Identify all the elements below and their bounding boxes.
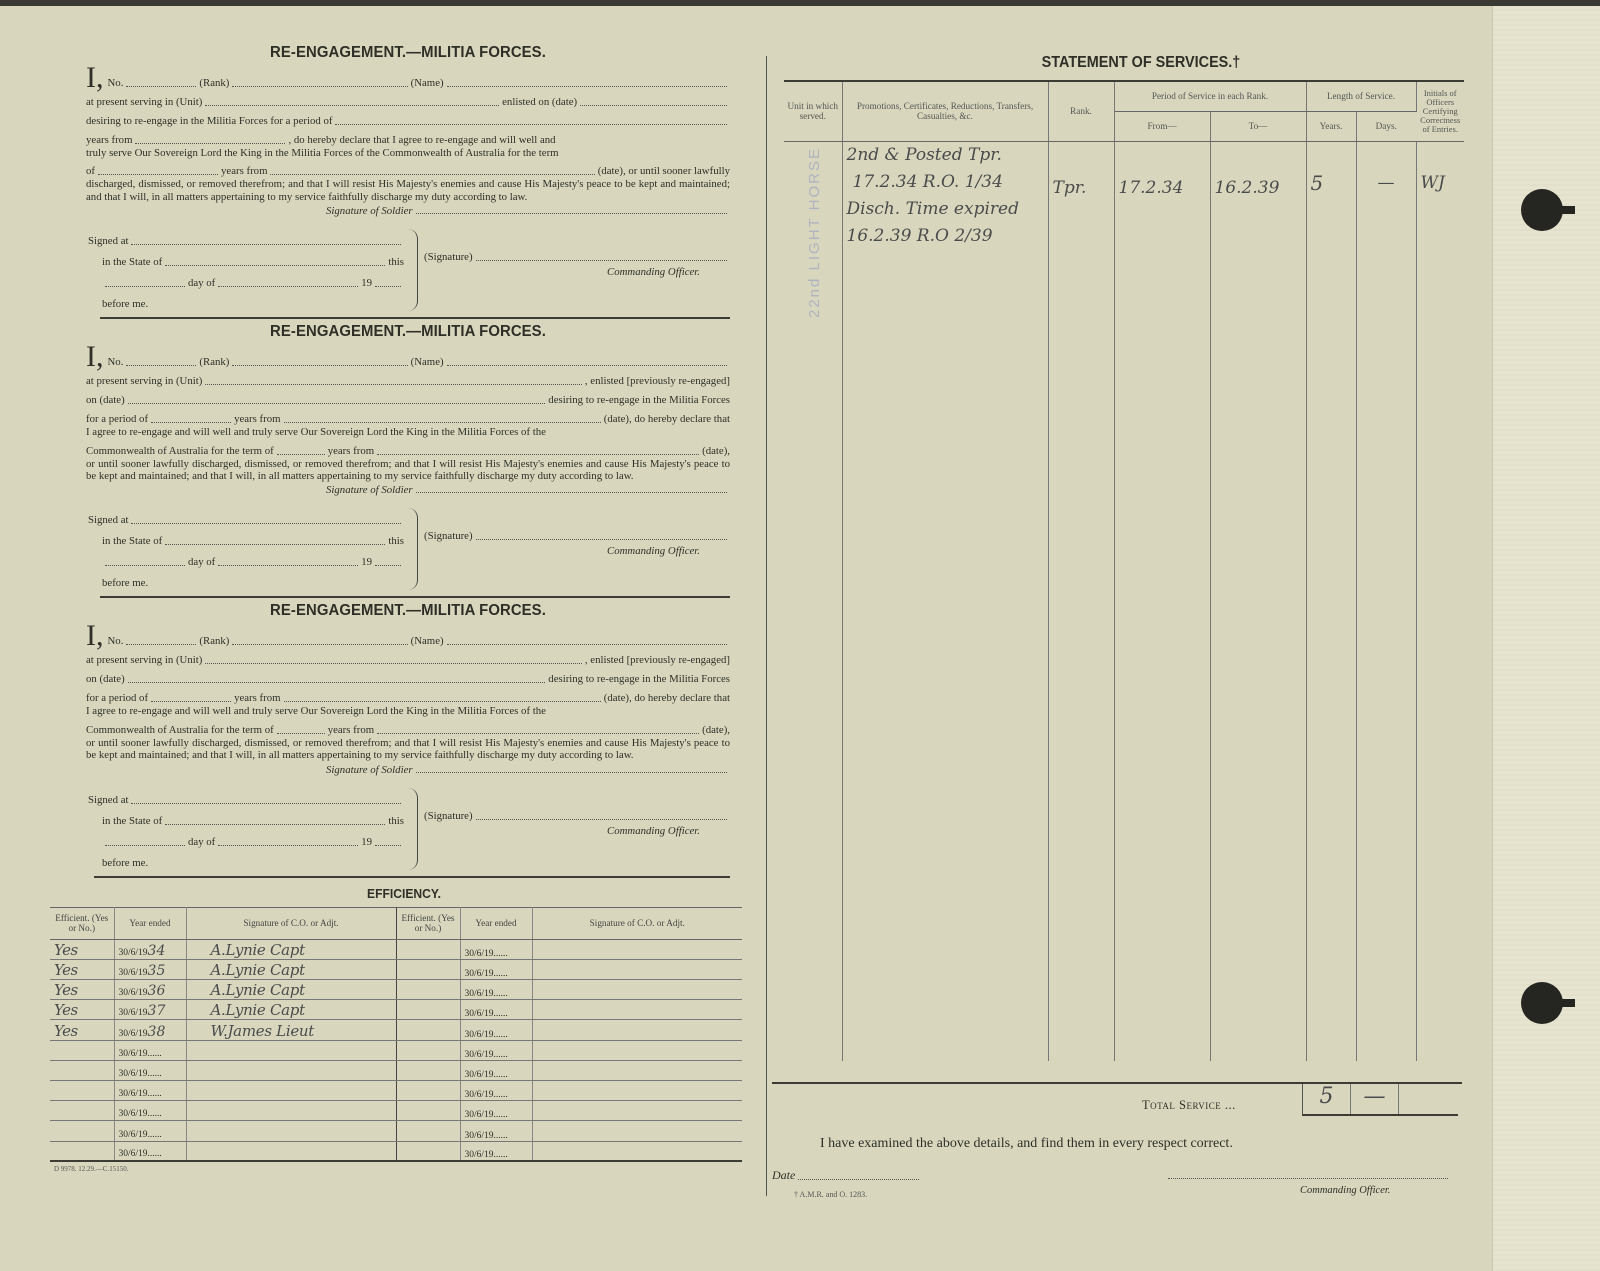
year-print: 30/6/19...... (119, 1109, 162, 1119)
day-field[interactable] (105, 845, 185, 846)
statement-title: STATEMENT OF SERVICES.† (833, 54, 1449, 72)
signature-cell-2[interactable] (532, 1101, 742, 1121)
services-table: Unit in which served. Promotions, Certif… (784, 80, 1464, 1061)
efficiency-row: 30/6/19......30/6/19...... (50, 1101, 742, 1121)
commanding-officer-label: Commanding Officer. (424, 825, 730, 837)
name-field[interactable] (447, 644, 727, 645)
col-from: From— (1114, 111, 1210, 141)
years-from-label: years from (221, 165, 267, 178)
year-ended-cell: 30/6/19...... (114, 1141, 186, 1161)
total-service-box: 5 — (1302, 1084, 1458, 1116)
day-of-label: day of (188, 836, 215, 849)
no-field[interactable] (126, 644, 196, 645)
signature-cell[interactable] (186, 1080, 396, 1100)
section-divider (100, 596, 730, 598)
year-prefix: 19 (361, 556, 372, 569)
efficient-cell-2[interactable] (396, 959, 460, 979)
col-promotions: Promotions, Certificates, Reductions, Tr… (842, 81, 1048, 141)
signature-cell[interactable] (186, 1060, 396, 1080)
year-prefix: 19 (361, 836, 372, 849)
left-column: RE-ENGAGEMENT.—MILITIA FORCES. I, No. (R… (48, 40, 760, 1173)
col-rank: Rank. (1048, 81, 1114, 141)
desiring-label: desiring to re-engage in the Militia For… (548, 394, 730, 407)
signature-cell[interactable]: A.Lynie Capt (186, 959, 396, 979)
efficiency-row: 30/6/19......30/6/19...... (50, 1141, 742, 1161)
declaration-text: truly serve Our Sovereign Lord the King … (86, 147, 730, 159)
term-field[interactable] (277, 733, 325, 734)
years-from-label: years from (328, 445, 374, 458)
efficiency-row: 30/6/19......30/6/19...... (50, 1040, 742, 1060)
month-field[interactable] (218, 845, 358, 846)
declare-text: (date), do hereby declare that (604, 413, 730, 426)
day-of-label: day of (188, 277, 215, 290)
col-unit: Unit in which served. (784, 81, 842, 141)
signed-at-label: Signed at (88, 794, 128, 807)
punch-hole (1521, 189, 1563, 231)
soldier-signature-label: Signature of Soldier (326, 764, 413, 776)
on-date-label: on (date) (86, 673, 125, 686)
signature-cell-2[interactable] (532, 1121, 742, 1141)
efficiency-row: Yes30/6/1937A.Lynie Capt30/6/19...... (50, 1000, 742, 1020)
no-field[interactable] (126, 365, 196, 366)
year-handwritten: 36 (148, 983, 166, 999)
examined-statement: I have examined the above details, and f… (820, 1136, 1233, 1152)
signature-cell[interactable] (186, 1101, 396, 1121)
name-label: (Name) (411, 77, 444, 90)
efficient-cell-2[interactable] (396, 1020, 460, 1040)
day-of-label: day of (188, 556, 215, 569)
rank-field[interactable] (232, 365, 407, 366)
binder-flap (1492, 6, 1600, 1271)
rank-label: (Rank) (199, 356, 229, 369)
month-field[interactable] (218, 565, 358, 566)
signed-at-field[interactable] (131, 803, 401, 804)
commanding-officer-label: Commanding Officer. (424, 545, 730, 557)
soldier-signature-field[interactable] (416, 772, 727, 773)
declaration-text: I agree to re-engage and will well and t… (86, 426, 730, 438)
efficiency-row: 30/6/19......30/6/19...... (50, 1080, 742, 1100)
efficient-cell-2[interactable] (396, 1121, 460, 1141)
efficiency-table: Efficient. (Yes or No.) Year ended Signa… (50, 907, 742, 1163)
signed-at-label: Signed at (88, 235, 128, 248)
year-field[interactable] (375, 845, 401, 846)
year-ended-cell-2: 30/6/19...... (460, 1141, 532, 1161)
rank-cell: Tpr. (1048, 141, 1114, 1061)
years-from-field[interactable] (135, 143, 285, 144)
section-divider (94, 876, 730, 878)
efficient-cell-2[interactable] (396, 1000, 460, 1020)
name-field[interactable] (447, 365, 727, 366)
punch-hole (1521, 982, 1563, 1024)
year-ended-cell: 30/6/19...... (114, 1080, 186, 1100)
co-signature-field[interactable] (476, 819, 727, 820)
efficient-cell-2[interactable] (396, 1141, 460, 1161)
year-print: 30/6/19...... (119, 1049, 162, 1059)
term-field[interactable] (277, 454, 325, 455)
efficient-cell[interactable] (50, 1060, 114, 1080)
rank-field[interactable] (232, 644, 407, 645)
unit-field[interactable] (205, 105, 499, 106)
efficient-cell-2[interactable] (396, 1060, 460, 1080)
form-i: I, (86, 624, 104, 648)
unit-field[interactable] (205, 663, 582, 664)
years-cell: 5 (1306, 141, 1356, 1061)
declare-text: (date), do hereby declare that (604, 692, 730, 705)
total-service: Total Service ... 5 — (772, 1082, 1462, 1122)
promotion-line: 2nd & Posted Tpr. (847, 142, 1044, 169)
year-ended-cell: 30/6/19...... (114, 1101, 186, 1121)
year-ended-cell-2: 30/6/19...... (460, 1000, 532, 1020)
brace (404, 508, 418, 590)
form-i: I, (86, 345, 104, 369)
signature-cell-2[interactable] (532, 959, 742, 979)
efficient-cell[interactable]: Yes (50, 959, 114, 979)
co-signature-field[interactable] (476, 539, 727, 540)
signature-cell-2[interactable] (532, 1020, 742, 1040)
efficient-cell[interactable] (50, 1080, 114, 1100)
signature-cell[interactable]: A.Lynie Capt (186, 939, 396, 959)
form-i: I, (86, 66, 104, 90)
efficient-cell-2[interactable] (396, 939, 460, 959)
year-ended-cell-2: 30/6/19...... (460, 959, 532, 979)
promotions-cell: 2nd & Posted Tpr. 17.2.34 R.O. 1/34 Disc… (842, 141, 1048, 1061)
rank-label: (Rank) (199, 77, 229, 90)
name-label: (Name) (411, 635, 444, 648)
year-ended-cell: 30/6/19...... (114, 1040, 186, 1060)
year-print: 30/6/19...... (119, 1069, 162, 1079)
term-date-field[interactable] (270, 174, 594, 175)
days-cell: — (1356, 141, 1416, 1061)
efficient-cell-2[interactable] (396, 980, 460, 1000)
efficient-cell-2[interactable] (396, 1101, 460, 1121)
term-date-field[interactable] (377, 733, 699, 734)
year-handwritten: 35 (148, 963, 166, 979)
efficient-cell[interactable] (50, 1101, 114, 1121)
efficient-cell-2[interactable] (396, 1080, 460, 1100)
state-label: in the State of (102, 535, 162, 548)
year-ended-cell: 30/6/1937 (114, 1000, 186, 1020)
co-signature-field[interactable] (476, 260, 727, 261)
rank-label: (Rank) (199, 635, 229, 648)
signature-cell-2[interactable] (532, 939, 742, 959)
efficient-cell[interactable] (50, 1121, 114, 1141)
reengagement-form-3: RE-ENGAGEMENT.—MILITIA FORCES. I, No. (R… (48, 602, 760, 877)
soldier-signature-label: Signature of Soldier (326, 484, 413, 496)
state-label: in the State of (102, 256, 162, 269)
col-to: To— (1210, 111, 1306, 141)
signature-cell-2[interactable] (532, 1080, 742, 1100)
from-cell: 17.2.34 (1114, 141, 1210, 1061)
year-field[interactable] (375, 565, 401, 566)
this-label: this (388, 535, 404, 548)
year-handwritten: 34 (148, 943, 166, 959)
efficient-cell-2[interactable] (396, 1040, 460, 1060)
oath-text: discharged, dismissed, or removed theref… (86, 178, 730, 203)
on-date-label: on (date) (86, 394, 125, 407)
efficient-cell[interactable]: Yes (50, 939, 114, 959)
year-ended-cell: 30/6/19...... (114, 1060, 186, 1080)
no-label: No. (108, 77, 124, 90)
year-ended-cell: 30/6/19...... (114, 1121, 186, 1141)
signed-at-label: Signed at (88, 514, 128, 527)
commanding-officer-label: Commanding Officer. (1300, 1185, 1390, 1196)
year-print: 30/6/19 (119, 948, 148, 958)
year-ended-cell-2: 30/6/19...... (460, 1060, 532, 1080)
print-code: D 9978. 12.29.—C.15150. (54, 1165, 760, 1173)
col-days: Days. (1356, 111, 1416, 141)
efficient-cell[interactable] (50, 1141, 114, 1161)
reengagement-form-1: RE-ENGAGEMENT.—MILITIA FORCES. I, No. (R… (48, 44, 760, 319)
year-print: 30/6/19 (119, 1029, 148, 1039)
this-label: this (388, 256, 404, 269)
before-me-label: before me. (102, 298, 148, 311)
state-label: in the State of (102, 815, 162, 828)
declare-text: , do hereby declare that I agree to re-e… (288, 134, 555, 147)
col-length: Length of Service. (1306, 81, 1416, 111)
promotion-line: 17.2.34 R.O. 1/34 (847, 169, 1044, 196)
desiring-label: desiring to re-engage in the Militia For… (86, 115, 332, 128)
col-initials: Initials of Officers Certifying Correctn… (1416, 81, 1464, 141)
years-from-label: years from (234, 692, 280, 705)
year-ended-cell-2: 30/6/19...... (460, 1020, 532, 1040)
col-period: Period of Service in each Rank. (1114, 81, 1306, 111)
efficiency-row: Yes30/6/1938W.James Lieut30/6/19...... (50, 1020, 742, 1040)
soldier-signature-field[interactable] (416, 492, 727, 493)
year-ended-cell-2: 30/6/19...... (460, 939, 532, 959)
year-ended-cell-2: 30/6/19...... (460, 1101, 532, 1121)
period-label: for a period of (86, 413, 148, 426)
date-text: (date), (702, 445, 730, 458)
efficient-cell[interactable]: Yes (50, 1000, 114, 1020)
no-label: No. (108, 635, 124, 648)
unit-field[interactable] (205, 384, 582, 385)
year-ended-cell-2: 30/6/19...... (460, 980, 532, 1000)
service-entry-row: 2nd & Posted Tpr. 17.2.34 R.O. 1/34 Disc… (784, 141, 1464, 1061)
col-year-ended: Year ended (114, 907, 186, 939)
year-field[interactable] (375, 286, 401, 287)
years-from-field[interactable] (284, 422, 601, 423)
form-title: RE-ENGAGEMENT.—MILITIA FORCES. (109, 602, 708, 620)
promotion-line: Disch. Time expired (847, 196, 1044, 223)
efficiency-row: Yes30/6/1935A.Lynie Capt30/6/19...... (50, 959, 742, 979)
state-field[interactable] (165, 265, 385, 266)
enlisted-label: , enlisted [previously re-engaged] (585, 654, 730, 667)
form-title: RE-ENGAGEMENT.—MILITIA FORCES. (109, 323, 708, 341)
unit-stamp: 22nd LIGHT HORSE (806, 147, 823, 318)
soldier-signature-label: Signature of Soldier (326, 205, 413, 217)
signature-cell[interactable]: W.James Lieut (186, 1020, 396, 1040)
term-label: Commonwealth of Australia for the term o… (86, 724, 274, 737)
co-signature-label: (Signature) (424, 810, 473, 823)
years-from-label: years from (234, 413, 280, 426)
rank-field[interactable] (232, 86, 407, 87)
year-ended-cell: 30/6/1936 (114, 980, 186, 1000)
brace (404, 788, 418, 870)
period-field[interactable] (151, 701, 231, 702)
period-field[interactable] (335, 124, 727, 125)
unit-label: at present serving in (Unit) (86, 654, 202, 667)
signature-cell-2[interactable] (532, 1000, 742, 1020)
total-years: 5 (1303, 1084, 1351, 1114)
oath-text: or until sooner lawfully discharged, dis… (86, 458, 730, 483)
month-field[interactable] (218, 286, 358, 287)
footnote: † A.M.R. and O. 1283. (794, 1190, 867, 1199)
day-field[interactable] (105, 286, 185, 287)
year-print: 30/6/19 (119, 968, 148, 978)
oath-text: or until sooner lawfully discharged, dis… (86, 737, 730, 762)
year-ended-cell-2: 30/6/19...... (460, 1080, 532, 1100)
this-label: this (388, 815, 404, 828)
year-print: 30/6/19 (119, 988, 148, 998)
enlisted-label: enlisted on (date) (502, 96, 577, 109)
page-fold-line (766, 56, 767, 1196)
before-me-label: before me. (102, 577, 148, 590)
commanding-officer-label: Commanding Officer. (424, 266, 730, 278)
efficient-cell[interactable] (50, 1040, 114, 1060)
promotion-line: 16.2.39 R.O 2/39 (847, 223, 1044, 250)
signature-cell[interactable]: A.Lynie Capt (186, 980, 396, 1000)
col-signature-2: Signature of C.O. or Adjt. (532, 907, 742, 939)
signed-at-field[interactable] (131, 244, 401, 245)
name-field[interactable] (447, 86, 727, 87)
initials-cell: WJ (1416, 141, 1464, 1061)
signature-cell[interactable] (186, 1141, 396, 1161)
signature-cell[interactable] (186, 1121, 396, 1141)
date-text: (date), or until sooner lawfully (598, 165, 730, 178)
period-label: for a period of (86, 692, 148, 705)
year-ended-cell: 30/6/1935 (114, 959, 186, 979)
efficiency-row: 30/6/19......30/6/19...... (50, 1121, 742, 1141)
year-print: 30/6/19...... (119, 1130, 162, 1140)
term-date-field[interactable] (377, 454, 699, 455)
signature-cell[interactable]: A.Lynie Capt (186, 1000, 396, 1020)
efficient-cell[interactable]: Yes (50, 980, 114, 1000)
col-years: Years. (1306, 111, 1356, 141)
year-print: 30/6/19...... (119, 1089, 162, 1099)
no-label: No. (108, 356, 124, 369)
years-from-field[interactable] (284, 701, 601, 702)
col-efficient: Efficient. (Yes or No.) (50, 907, 114, 939)
years-from-label: years from (86, 134, 132, 147)
year-print: 30/6/19...... (119, 1149, 162, 1159)
co-signature-label: (Signature) (424, 251, 473, 264)
year-ended-cell: 30/6/1938 (114, 1020, 186, 1040)
unit-label: at present serving in (Unit) (86, 375, 202, 388)
signed-at-field[interactable] (131, 523, 401, 524)
year-prefix: 19 (361, 277, 372, 290)
to-cell: 16.2.39 (1210, 141, 1306, 1061)
col-year-ended-2: Year ended (460, 907, 532, 939)
total-initials (1399, 1084, 1458, 1114)
day-field[interactable] (105, 565, 185, 566)
efficiency-row: 30/6/19......30/6/19...... (50, 1060, 742, 1080)
enlisted-label: , enlisted [previously re-engaged] (585, 375, 730, 388)
efficiency-title: EFFICIENCY. (73, 886, 735, 901)
year-ended-cell-2: 30/6/19...... (460, 1040, 532, 1060)
efficiency-row: Yes30/6/1934A.Lynie Capt30/6/19...... (50, 939, 742, 959)
signature-cell-2[interactable] (532, 1040, 742, 1060)
period-field[interactable] (151, 422, 231, 423)
signature-cell[interactable] (186, 1040, 396, 1060)
years-from-label: years from (328, 724, 374, 737)
section-divider (100, 317, 730, 319)
declaration-text: I agree to re-engage and will well and t… (86, 705, 730, 717)
enlisted-date-field[interactable] (580, 105, 727, 106)
brace (404, 229, 418, 311)
col-signature: Signature of C.O. or Adjt. (186, 907, 396, 939)
desiring-label: desiring to re-engage in the Militia For… (548, 673, 730, 686)
date-field[interactable] (798, 1168, 919, 1180)
of-label: of (86, 165, 95, 178)
total-days: — (1351, 1084, 1399, 1114)
co-signature-field[interactable] (1168, 1178, 1448, 1179)
reengagement-form-2: RE-ENGAGEMENT.—MILITIA FORCES. I, No. (R… (48, 323, 760, 598)
statement-of-services: STATEMENT OF SERVICES.† Unit in which se… (772, 40, 1472, 1061)
col-efficient-2: Efficient. (Yes or No.) (396, 907, 460, 939)
year-ended-cell: 30/6/1934 (114, 939, 186, 959)
year-print: 30/6/19 (119, 1008, 148, 1018)
signature-cell-2[interactable] (532, 1141, 742, 1161)
state-field[interactable] (165, 544, 385, 545)
date-row: Date (772, 1168, 922, 1183)
signature-cell-2[interactable] (532, 980, 742, 1000)
name-label: (Name) (411, 356, 444, 369)
year-handwritten: 38 (148, 1024, 166, 1040)
efficient-cell[interactable]: Yes (50, 1020, 114, 1040)
date-label: Date (772, 1168, 795, 1183)
co-signature-label: (Signature) (424, 530, 473, 543)
signature-cell-2[interactable] (532, 1060, 742, 1080)
year-handwritten: 37 (148, 1003, 166, 1019)
on-date-field[interactable] (128, 682, 546, 683)
efficiency-section: EFFICIENCY. Efficient. (Yes or No.) Year… (48, 886, 760, 1174)
form-title: RE-ENGAGEMENT.—MILITIA FORCES. (109, 44, 708, 62)
year-ended-cell-2: 30/6/19...... (460, 1121, 532, 1141)
term-label: Commonwealth of Australia for the term o… (86, 445, 274, 458)
no-field[interactable] (126, 86, 196, 87)
date-text: (date), (702, 724, 730, 737)
before-me-label: before me. (102, 857, 148, 870)
unit-label: at present serving in (Unit) (86, 96, 202, 109)
term-field[interactable] (98, 174, 218, 175)
on-date-field[interactable] (128, 403, 546, 404)
efficiency-row: Yes30/6/1936A.Lynie Capt30/6/19...... (50, 980, 742, 1000)
total-service-label: Total Service ... (1142, 1098, 1236, 1113)
soldier-signature-field[interactable] (416, 213, 727, 214)
state-field[interactable] (165, 824, 385, 825)
